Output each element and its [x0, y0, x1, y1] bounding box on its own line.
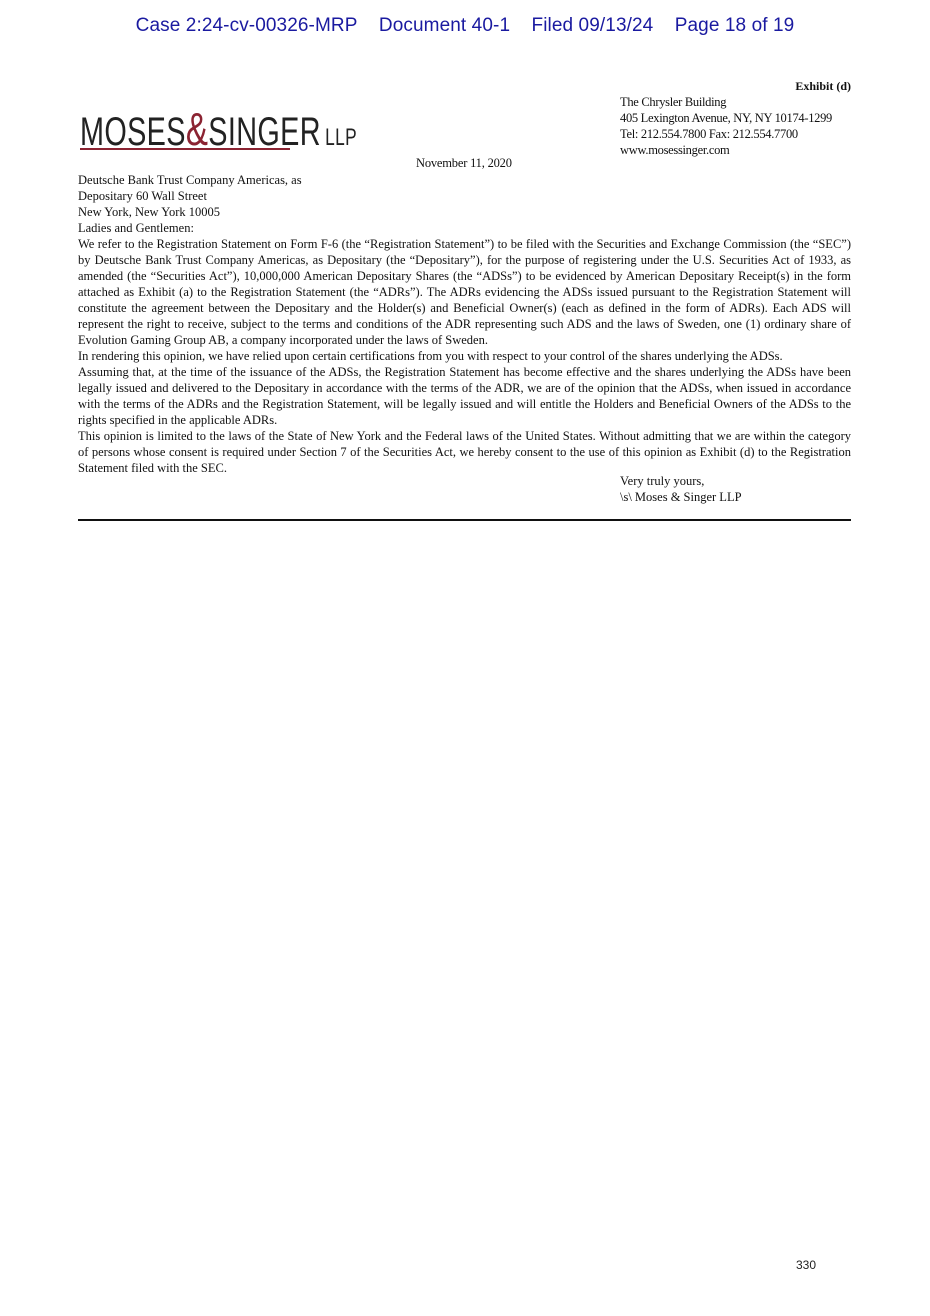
case-number: Case 2:24-cv-00326-MRP — [136, 15, 358, 36]
paragraph-limitation: This opinion is limited to the laws of t… — [78, 428, 851, 476]
recipient-block: Deutsche Bank Trust Company Americas, as… — [78, 172, 302, 236]
recipient-line-3: New York, New York 10005 — [78, 204, 302, 220]
valediction: Very truly yours, — [620, 473, 742, 489]
logo-underline — [80, 148, 290, 150]
page-number: 330 — [796, 1258, 816, 1272]
closing-block: Very truly yours, \s\ Moses & Singer LLP — [620, 473, 742, 505]
firm-address: The Chrysler Building 405 Lexington Aven… — [620, 94, 832, 158]
filed-date: Filed 09/13/24 — [532, 15, 654, 36]
address-street: 405 Lexington Avenue, NY, NY 10174-1299 — [620, 110, 832, 126]
horizontal-rule — [78, 519, 851, 521]
address-website: www.mosessinger.com — [620, 142, 832, 158]
exhibit-label: Exhibit (d) — [795, 79, 851, 94]
salutation: Ladies and Gentlemen: — [78, 220, 302, 236]
signature: \s\ Moses & Singer LLP — [620, 489, 742, 505]
address-phone-fax: Tel: 212.554.7800 Fax: 212.554.7700 — [620, 126, 832, 142]
paragraph-registration: We refer to the Registration Statement o… — [78, 236, 851, 348]
recipient-line-1: Deutsche Bank Trust Company Americas, as — [78, 172, 302, 188]
logo-llp: LLP — [325, 124, 357, 151]
letter-date: November 11, 2020 — [416, 156, 512, 171]
paragraph-reliance: In rendering this opinion, we have relie… — [78, 348, 851, 364]
document-number: Document 40-1 — [379, 15, 510, 36]
address-building: The Chrysler Building — [620, 94, 832, 110]
page-indicator: Page 18 of 19 — [675, 15, 795, 36]
recipient-line-2: Depositary 60 Wall Street — [78, 188, 302, 204]
case-header: Case 2:24-cv-00326-MRP Document 40-1 Fil… — [0, 15, 930, 37]
letter-body: We refer to the Registration Statement o… — [78, 236, 851, 476]
firm-logo: MOSES&SINGERLLP — [78, 100, 328, 155]
paragraph-opinion: Assuming that, at the time of the issuan… — [78, 364, 851, 428]
